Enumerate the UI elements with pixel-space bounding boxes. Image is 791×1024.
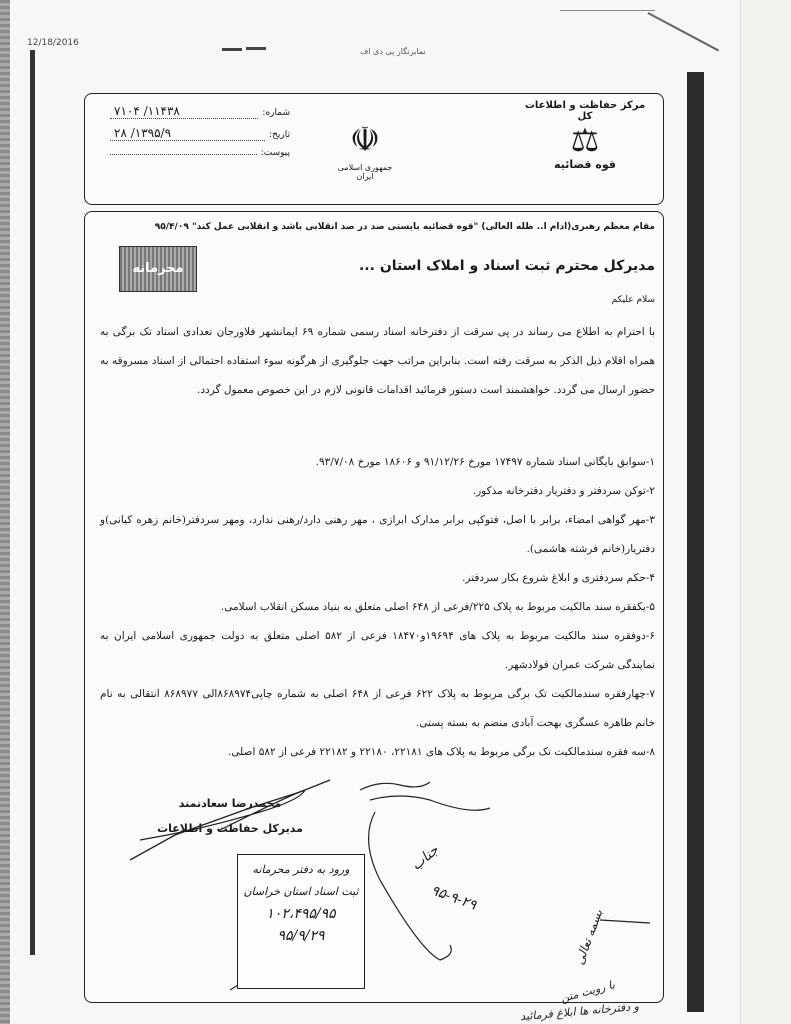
attachment-label: پیوست: — [261, 148, 290, 158]
header-dash — [222, 48, 242, 51]
stamp-line1: ورود به دفتر محرمانه — [238, 859, 364, 881]
list-item: ۳-مهر گواهی امضاء، برابر با اصل، فتوکپی … — [100, 506, 655, 564]
margin-note: و دفترخانه ها ابلاغ فرمائید — [520, 1000, 640, 1023]
scan-right-border — [687, 72, 704, 1012]
organization-name: مرکز حفاظت و اطلاعات کل — [520, 100, 650, 122]
scan-date-stamp: 12/18/2016 — [27, 38, 79, 48]
scan-left-edge — [0, 0, 10, 1024]
recipient: مدیرکل محترم ثبت اسناد و املاک استان ... — [220, 258, 655, 274]
receipt-stamp: ورود به دفتر محرمانه ثبت اسناد استان خرا… — [237, 854, 365, 989]
stamp-date: ۹۵/۹/۲۹ — [238, 925, 364, 947]
stolen-items-list: ۱-سوابق بایگانی اسناد شماره ۱۷۴۹۷ مورخ ۹… — [100, 448, 655, 767]
signatory-name: محمدرضا سعادتمند — [130, 797, 330, 810]
iran-emblem-icon: ☫ — [345, 120, 385, 160]
paper-fold — [560, 10, 655, 11]
organization-logo: مرکز حفاظت و اطلاعات کل ⚖ قوه قضائیه — [520, 100, 650, 195]
list-item: ۷-چهارفقره سندمالکیت تک برگی مربوط به پل… — [100, 680, 655, 738]
stamp-number: ۱۰۲،۴۹۵/۹۵ — [238, 903, 364, 925]
adjacent-page — [740, 0, 791, 1024]
number-value: ۱۱۴۳۸/ ۷۱۰۴ — [110, 104, 258, 119]
attachment-value — [110, 154, 257, 155]
signature-block: محمدرضا سعادتمند مدیرکل حفاظت و اطلاعات — [130, 797, 330, 847]
judiciary-name: قوه قضائیه — [520, 158, 650, 171]
letter-metadata: شماره: ۱۱۴۳۸/ ۷۱۰۴ تاریخ: ۱۳۹۵/۹/ ۲۸ پیو… — [110, 104, 290, 170]
list-item: ۱-سوابق بایگانی اسناد شماره ۱۷۴۹۷ مورخ ۹… — [100, 448, 655, 477]
letter-date-row: تاریخ: ۱۳۹۵/۹/ ۲۸ — [110, 126, 290, 148]
letter-number-row: شماره: ۱۱۴۳۸/ ۷۱۰۴ — [110, 104, 290, 126]
leader-quote: مقام معظم رهبری(ادام ا.. ظله العالی) "قو… — [100, 222, 655, 232]
letter-body: با احترام به اطلاع می رساند در پی سرقت ا… — [100, 318, 655, 405]
list-item: ۲-توکن سردفتر و دفتریار دفترخانه مذکور. — [100, 477, 655, 506]
list-item: ۶-دوفقره سند مالکیت مربوط به پلاک های ۱۹… — [100, 622, 655, 680]
greeting: سلام علیکم — [300, 295, 655, 305]
scan-left-border — [30, 50, 35, 955]
paper-fold-corner — [648, 12, 720, 51]
list-item: ۴-حکم سردفتری و ابلاغ شروع بکار سردفتر. — [100, 564, 655, 593]
signatory-title: مدیرکل حفاظت و اطلاعات — [130, 822, 330, 835]
date-value: ۱۳۹۵/۹/ ۲۸ — [110, 126, 265, 141]
date-label: تاریخ: — [269, 130, 290, 140]
republic-caption: جمهوری اسلامی ایران — [330, 163, 400, 181]
attachment-row: پیوست: — [110, 148, 290, 170]
number-label: شماره: — [262, 108, 290, 118]
list-item: ۵-یکفقره سند مالکیت مربوط به پلاک ۲۲۵/فر… — [100, 593, 655, 622]
header-dash — [246, 47, 266, 50]
list-item: ۸-سه فقره سندمالکیت تک برگی مربوط به پلا… — [100, 738, 655, 767]
scales-of-justice-icon: ⚖ — [520, 122, 650, 158]
stamp-line2: ثبت اسناد استان خراسان — [238, 881, 364, 903]
fax-header: نمابرنگار پی دی اف — [360, 47, 426, 56]
classification-stamp: محرمانه — [119, 246, 197, 292]
